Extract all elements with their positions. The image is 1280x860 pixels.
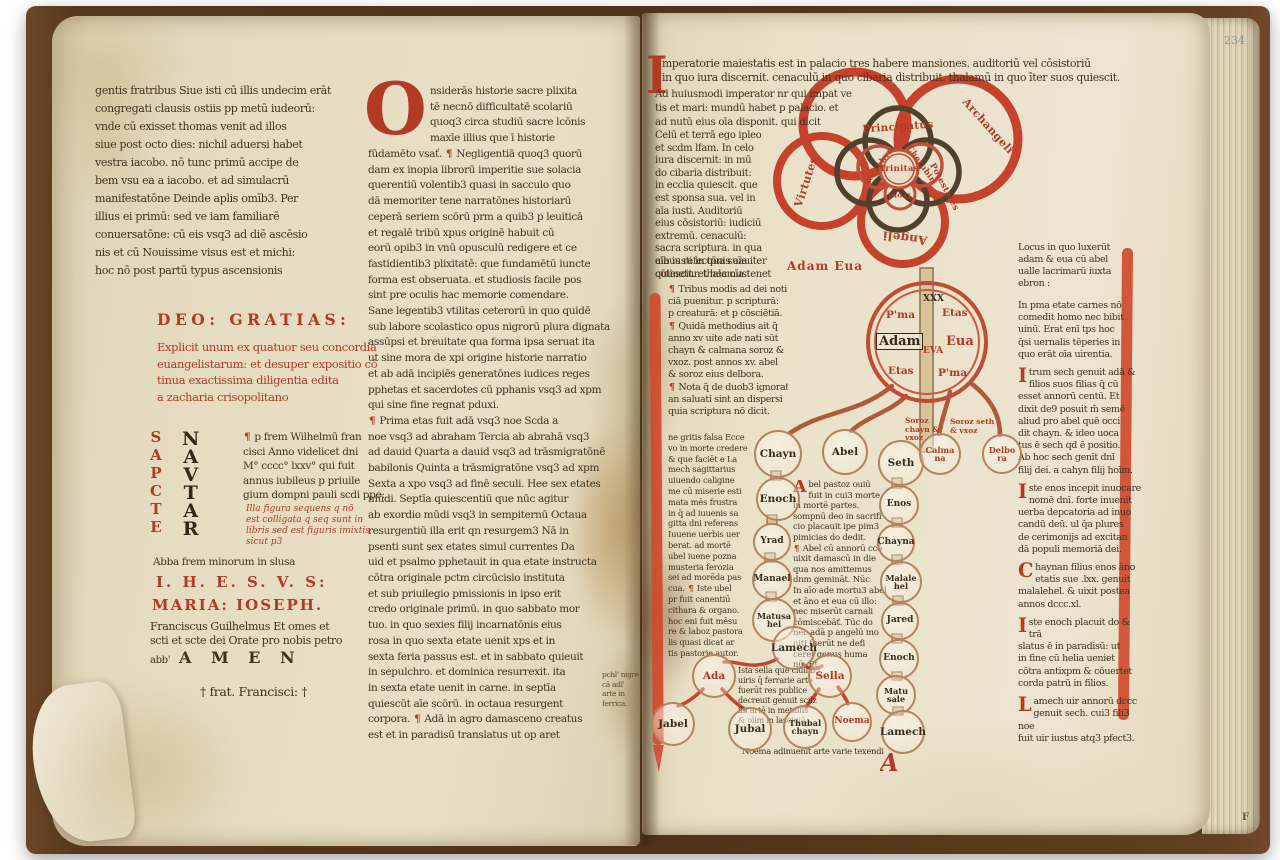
locus-note: Locus in quo luxerūtadam & eua cū abelua… [1018,242,1138,290]
node-label-2: hel [894,582,908,590]
text-line: babilonis Quinta a trāsmigratōne vsq3 ad… [368,461,634,477]
text-line: ceperā seriem scōrū prm a quib3 p leuiti… [368,210,634,226]
text-line: ciā puenitur. p scripturā: [668,296,788,308]
text-line: dam ex inopia librorū imperitie sue sola… [368,163,634,179]
node-label: Abel [832,447,858,458]
text-line: sub labore scolastico opus nigrorū plura… [368,320,634,336]
red-initial: I [1018,368,1027,383]
text-line: ualle lacrimarū iuxta [1018,266,1138,278]
text-line: in quo iura discernit. cenaculū in quo c… [662,71,1154,85]
paragraph: Itrum sech genuit adā &filios suos filia… [1018,367,1142,477]
page-fore-edge [1202,18,1260,834]
red-initial: I [1018,484,1027,499]
genealogy-node-matusale: Matusale [876,675,916,715]
genealogy-node-noema: Noema [832,702,872,742]
text-line: T [150,500,162,518]
node-label-2: sale [887,695,905,703]
text-line: querentiū volentib3 quasi in sacculo quo [368,178,634,194]
text-line: quia scriptura nō dicit. [668,406,788,418]
label-trinitas: Trinitas [879,164,918,174]
text-line: credo originale primū. in quo sabbato mo… [368,602,634,618]
left-col2-body: fūdamēto vsať. ¶ Negligentiā quoq3 quorū… [368,147,634,744]
node-label-2: hel [767,620,781,628]
genealogy-node-enoch: Enoch [879,639,919,679]
text-line: ¶ Tribus modis ad dei noti [668,284,788,296]
text-line: E [150,518,162,536]
pilcrow-mark: ¶ [793,544,800,554]
text-line: hoc eni fuit mēsu [668,616,748,627]
text-line: mata mēs frustra [668,497,748,508]
maria-joseph-invocation: MARIA: IOSEPH. [152,596,323,614]
red-initial: C [1018,563,1033,578]
text-line: dā memoriter tene narratōnes historiarū [368,194,634,210]
ihesus-invocation: I. H. E. S. V. S: [156,573,328,591]
text-line: Locus in quo luxerūt [1018,242,1138,254]
text-line: cithara & organo. [668,605,748,616]
text-line: in sexta etate uenit in carne. in septīa [368,681,634,697]
text-line: ¶ Nota q̄ de duob3 ignorať [668,382,788,394]
text-line: ubel iuene pozna [668,551,748,562]
genealogy-node-manael: Manael [752,560,792,600]
paragraph: Chaynan filius enos ānoetatis sue .lxx. … [1018,562,1142,611]
text-line: assūpsi et breuitate qua forma ipsa seru… [368,335,634,351]
left-col1-paragraph: gentis fratribus Siue isti cū illis unde… [95,82,355,280]
node-label: Lamech [880,727,926,738]
text-line: nsiderās historie sacre plixita [430,84,634,100]
text-line: ¶ Prima etas fuit adā vsq3 noe Scda a [368,414,634,430]
node-label: Ada [703,671,725,682]
text-line: iura discernit: in mū [655,155,795,168]
text-line: ab exordio mūdi vsq3 in sempiternū Octau… [368,508,634,524]
text-line: A [150,446,162,464]
node-label: Noema [834,717,869,726]
text-line: in ecclia quiescit. que [655,180,795,193]
text-line: arte in [602,689,664,699]
adam-eva-roundel: P'ma Etas Adam Eua Etas P'ma XXX EVA [866,281,988,403]
genealogy-node-malalehel: Malalehel [880,561,922,603]
text-line: lis quasi dicat ar [668,637,748,648]
text-line: forma est obseruata. et studiosis facile… [368,273,634,289]
explicit-rubric: Explicit unum ex quatuor seu concordiaeu… [157,339,393,405]
text-line: in q̄ ad iuuenis sa [668,508,748,519]
genealogy-node-thubalchayn: Thubalchayn [783,705,827,749]
text-line: quiescūt aīe scōrū. in octaua resurgent [368,697,634,713]
label-throni: Troni [888,192,912,201]
text-line: re & laboz pastora [668,626,748,637]
text-line: noe vsq3 ad abraham Tercia ab abrahā vsq… [368,430,634,446]
text-line: siue post octo dies: nichil aduersi habe… [95,136,355,154]
node-label: Chayna [877,538,914,547]
genealogy-node-enoch: Enoch [756,477,800,521]
vertical-acrostic-red: SAPCTE [150,428,162,536]
paragraph: In pma etate carnes nōcomedit homo nec b… [1018,300,1142,361]
paragraph: Iste enoch placuit do & trāslatus ē in p… [1018,617,1142,690]
gutter-marginal-note: pchl' nigrecā adl'arte inferrica. [602,670,664,708]
text-line: chayn & calmana soroz & [668,345,788,357]
adam-eva-caption: Adam Eua [787,259,863,273]
text-line: nis et cū Nouissime visus est et michi: [95,244,355,262]
genealogy-node-delbora: Delbora [982,434,1022,474]
text-line: et scdm lfam. In celo [655,143,795,156]
text-line: vxoz. post annos xv. abel [668,357,788,369]
pilcrow-mark: ¶ [687,583,694,593]
text-line: Explicit unum ex quatuor seu concordia [157,339,393,356]
genealogy-node-chayna: Chayna [877,524,915,562]
node-label: Chayn [760,449,797,460]
node-label: Jabel [658,719,688,730]
text-line: manifestatōne Deinde aplis omīb3. Per [95,190,355,208]
genealogy-node-sella: Sella [808,654,852,698]
text-line: tis et mari: mundū habet p palacio. et [655,101,883,115]
text-line: sei ad morēda pas [668,572,748,583]
text-line: corpora. ¶ Adā in agro damasceno creatus [368,712,634,728]
text-line: psenti sunt sex etates simul currentes D… [368,540,634,556]
text-line: bem vsu ea a iacobo. et ad simulacrū [95,172,355,190]
drop-cap-o: O [364,80,422,142]
red-initial: L [1018,697,1031,712]
text-line: R [182,520,199,538]
text-line: eius cōsistoriū: iudiciū [655,218,795,231]
text-line: vnde cū exisset thomas venit ad illos [95,118,355,136]
genealogy-node-seth: Seth [878,440,924,486]
text-line: sacra scriptura. in qua [655,243,795,256]
text-line: aīa iusti. Auditoriū [655,206,795,219]
text-line: tuo. in quo sexies filij incarnatōnis ei… [368,618,634,634]
text-line: p creaturā: et p cōsciētiā. [668,308,788,320]
text-line: Celū et terrā ego ipleo [655,130,795,143]
node-label: Lamech [771,643,817,654]
paragraph: Lamech uir annorū dcccgenuit sech. cui3 … [1018,696,1142,745]
left-col2-opening: nsiderās historie sacre plixitatē necnō … [430,84,634,147]
node-label: Jubal [735,724,766,735]
roundel-prima-tl: P'ma [886,309,915,321]
minorum-line: Abba frem minorum in slusa [153,556,295,568]
paragraph: Iste enos incepit inuocarenomē dnī. fort… [1018,483,1142,556]
text-line: C [150,482,162,500]
manuscript-photo: gentis fratribus Siue isti cū illis unde… [0,0,1280,860]
genealogy-node-jabel: Jabel [651,702,695,746]
text-line: et sub priuilegio pmissionis in ipso eri… [368,587,634,603]
text-line: adam & eua cū abel [1018,254,1138,266]
folio-number: 234 [1224,34,1245,47]
genealogy-node-lamech: Lamech [881,710,925,754]
node-label: Enoch [883,654,914,663]
text-line: mūdi. Septīa quiescentiū que nūc agitur [368,492,634,508]
text-line: euangelistarum: et desuper expositio cō [157,356,393,373]
text-line: fūdamēto vsať. ¶ Negligentiā quoq3 quorū [368,147,634,163]
pilcrow-mark: ¶ [368,415,376,427]
text-line: ¶ Quidā methodius ait q̄ [668,321,788,333]
text-line: tē necnō difficultatē scolariū [430,100,634,116]
text-line: ferrica. [602,699,664,709]
pilcrow-mark: ¶ [445,148,453,160]
roundel-etas-bl: Etas [888,365,914,377]
text-line: sint pre oculis hac memorie comendare. [368,288,634,304]
text-line: mperatorie maiestatis est in palacio tre… [662,57,1154,71]
text-line: ne gritis falsa Ecce [668,432,748,443]
genealogy-node-enos: Enos [879,485,919,525]
text-line: an saluati sint an dispersi [668,394,788,406]
text-line: decreuit genuit scilz [738,696,852,706]
text-line: cua. ¶ Iste ubel [668,583,748,594]
text-line: in sepulchro. et dominica resurrexit. it… [368,665,634,681]
oratio-lines: Franciscus Guilhelmus Et omes etscti et … [150,620,394,648]
text-line: est et in paradisū translatus ut op aret [368,728,634,744]
text-line: P [150,464,162,482]
node-label: Enoch [760,494,797,505]
text-line: Iuuene uerbis uer [668,529,748,540]
node-label: Manael [753,575,790,584]
right-left-column: ¶ Tribus modis ad dei noticiā puenitur. … [668,284,788,418]
text-line: pphetas et sacerdotes cū pphanis vsq3 ad… [368,383,634,399]
text-line: est sponsa sua. vel in [655,193,795,206]
node-label: Enos [887,500,911,509]
text-line: anno xv uite ade nati sūt [668,333,788,345]
text-line: eorū opib3 in vnū opusculū redigere et c… [368,241,634,257]
text-line: berat. ad mortē [668,540,748,551]
text-line: a zacharia crisopolitano [157,389,393,406]
text-line: Ad huiusmodi imperator nr qui impat ve [655,87,883,101]
roundel-etas-tr: Etas [942,307,968,319]
right-margin-column: In pma etate carnes nōcomedit homo nec b… [1018,300,1142,745]
node-label: Seth [888,458,915,469]
text-line: tinua exactissima diligentia edita [157,372,393,389]
text-line: & soroz eius delbora. [668,369,788,381]
deo-gratias-heading: DEO: GRATIAS: [157,310,350,329]
text-line: et ab adā incipiēs generatōnes iudices r… [368,367,634,383]
roundel-adam: Adam [876,333,923,350]
text-line: ad dauid Quarta a dauid vsq3 ad trāsmigr… [368,445,634,461]
red-initial: I [1018,618,1027,633]
text-line: congregati clausis ostiis pp metū iudeor… [95,100,355,118]
roundel-eva: Eua [946,334,974,349]
corner-mark: F [1242,812,1249,823]
pilcrow-mark: ¶ [668,284,676,295]
abb-abbrev: abb' [150,655,170,666]
text-line: et regalē tribū xpus originē habuit cū [368,226,634,242]
text-line: mech sagittarius [668,464,748,475]
text-line: pr fuit canentiū [668,594,748,605]
pilcrow-mark: ¶ [243,431,251,443]
text-line: resurgentiū illa erit qn resurgem3 Nā in [368,524,634,540]
genealogy-node-calmana: Calmana [919,433,961,475]
node-label-2: na [934,454,945,462]
text-line: Franciscus Guilhelmus Et omes et [150,620,394,634]
text-line: uid et psalmo pphetauit in qua etate ins… [368,555,634,571]
text-line: pchl' nigre [602,670,664,680]
amen-word: A M E N [179,648,302,667]
pilcrow-mark: ¶ [668,321,676,332]
text-line: vestra iacobo. nō tunc primū accipe de [95,154,355,172]
text-line: me cū miserie esti [668,486,748,497]
genealogy-node-jubal: Jubal [728,707,772,751]
text-line: cā adl' [602,680,664,690]
pilcrow-mark: ¶ [413,713,421,725]
text-line: cōtra originale pctm circūcisio institut… [368,571,634,587]
node-label: Sella [815,671,844,682]
text-line: hoc nō post partū typus ascensionis [95,262,355,280]
roundel-xxx: XXX [923,295,939,305]
text-line: scti et scte dei Orate pro nobis petro [150,634,394,648]
genealogy-node-ada: Ada [692,654,736,698]
node-label: Jared [887,616,914,625]
genealogy-node-chayn: Chayn [754,430,802,478]
node-label-2: chayn [792,727,819,735]
pilcrow-mark: ¶ [668,382,676,393]
right-intro-mid: Ad huiusmodi imperator nr qui impat veti… [655,87,883,130]
text-line: musteria ferozia [668,562,748,573]
node-label-2: ra [997,454,1007,462]
text-line: maxīe illius que ī historie [430,131,634,147]
text-line: ebron : [1018,278,1138,290]
genealogy-node-abel: Abel [822,429,868,475]
genealogy-node-lamech: Lamech [772,626,816,670]
text-line: & que faciēt e La [668,454,748,465]
text-line: do cibaria distribuit: [655,168,795,181]
text-line: Sane legentib3 vtilitas ceterorū in quo … [368,304,634,320]
text-line: gentis fratribus Siue isti cū illis unde… [95,82,355,100]
roundel-prima-br: P'ma [938,367,967,379]
scribe-signature: † frat. Francisci: † [200,684,307,699]
text-line: S [150,428,162,446]
text-line: sexta feria passus est. et in sabbato qu… [368,650,634,666]
text-line: quoq3 circa studiū sacre lcōnis [430,115,634,131]
genealogy-node-jared: Jared [881,602,919,640]
text-line: qui sine fine regnat pduxi. [368,398,634,414]
vertical-acrostic-black: NAVTAR [182,430,199,538]
text-line: extremū. cenaculū: [655,231,795,244]
right-left-narrow-notes: ne gritis falsa Eccevo in morte credere&… [668,432,748,659]
text-line: gitta dni referens [668,518,748,529]
text-line: ut sine mora de xpi origine historie nar… [368,351,634,367]
roundel-eva-vertical: EVA [923,347,939,357]
text-line: ad nutū eius oīa disponit. qui dicit [655,115,883,129]
text-line: uiuendo caligine [668,475,748,486]
amen-row: abb' A M E N [150,648,394,667]
right-intro-wide: mperatorie maiestatis est in palacio tre… [662,57,1154,86]
text-line: Sexta a xpo vsq3 ad finē seculi. Hee sex… [368,477,634,493]
text-line: vo in morte credere [668,443,748,454]
text-line: rosa in quo sexta etate uenit xps et in [368,634,634,650]
text-line: conuersatōne: cū eis vsq3 ad diē ascēsio [95,226,355,244]
caption-soror-seth: Soroz seth& vxoz [950,418,1005,435]
genealogy-node-yrad: Yrad [753,523,791,561]
text-line: illius ei primū: sed ve iam familiarē [95,208,355,226]
node-label: Yrad [760,537,783,546]
text-line: fastidientib3 plixitatē: que fundamētū i… [368,257,634,273]
